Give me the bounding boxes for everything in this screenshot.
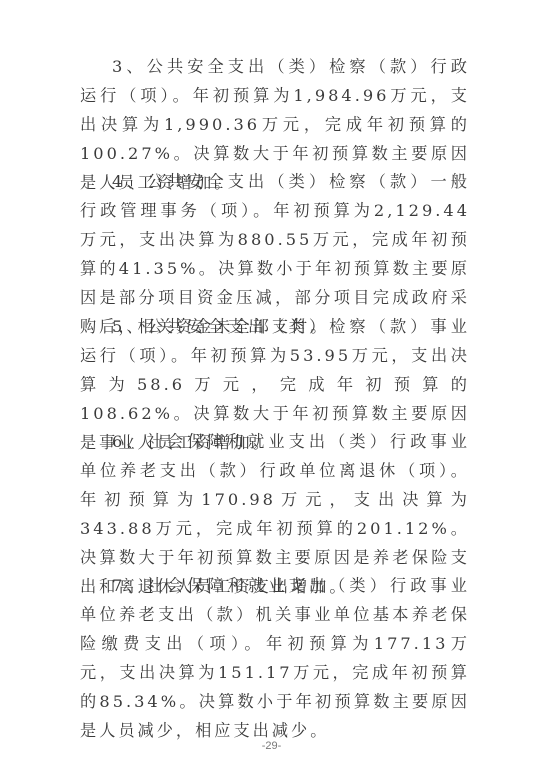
document-page: 3、公共安全支出（类）检察（款）行政运行（项）。年初预算为1,984.96万元，… [0, 0, 543, 768]
page-number: -29- [0, 740, 543, 752]
paragraph-item-7: 7、社会保障和就业支出（类）行政事业单位养老支出（款）机关事业单位基本养老保险缴… [80, 571, 470, 745]
paragraph-text: 7、社会保障和就业支出（类）行政事业单位养老支出（款）机关事业单位基本养老保险缴… [80, 576, 470, 740]
